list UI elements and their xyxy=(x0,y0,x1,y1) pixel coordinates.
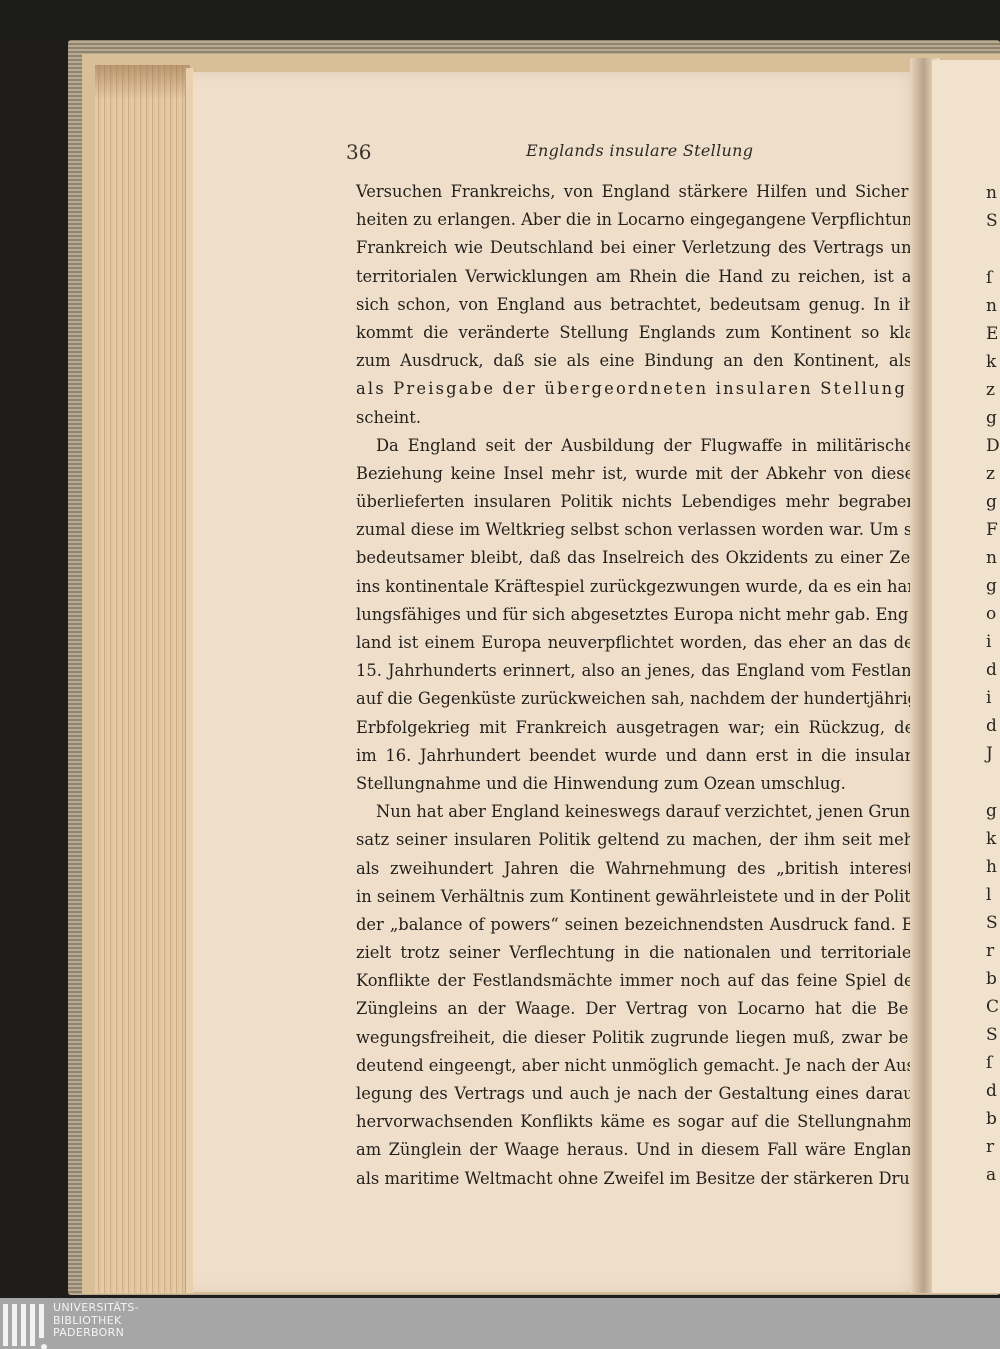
text-line: als zweihundert Jahren die Wahrnehmung d… xyxy=(356,855,922,883)
right-page-text-fragment: r xyxy=(986,943,994,960)
right-page-text-fragment: n xyxy=(986,550,997,567)
text-line: Beziehung keine Insel mehr ist, wurde mi… xyxy=(356,460,922,488)
right-page-text-fragment: b xyxy=(986,1111,997,1128)
library-logo-icon xyxy=(3,1304,45,1348)
text-line: deutend eingeengt, aber nicht unmöglich … xyxy=(356,1052,922,1080)
right-page-text-fragment: n xyxy=(986,298,997,315)
text-line: Frankreich wie Deutschland bei einer Ver… xyxy=(356,234,922,262)
text-line: kommt die veränderte Stellung Englands z… xyxy=(356,319,922,347)
text-line: Erbfolgekrieg mit Frankreich ausgetragen… xyxy=(356,714,922,742)
library-logo-text: UNIVERSITÄTS- BIBLIOTHEK PADERBORN xyxy=(53,1302,139,1340)
text-line: wegungsfreiheit, die dieser Politik zugr… xyxy=(356,1024,922,1052)
text-line: hervorwachsenden Konflikts käme es sogar… xyxy=(356,1108,922,1136)
page-edges-stack xyxy=(95,65,190,1293)
right-page-text-fragment: ſ xyxy=(986,1055,992,1072)
text-line: als maritime Weltmacht ohne Zweifel im B… xyxy=(356,1165,922,1193)
right-page-text-fragment: i xyxy=(986,634,991,651)
right-page-text-fragment: g xyxy=(986,410,997,427)
text-line: Versuchen Frankreichs, von England stärk… xyxy=(356,178,922,206)
right-page-text-fragment: z xyxy=(986,382,995,399)
scan-background xyxy=(0,0,1000,40)
logo-line-3: PADERBORN xyxy=(53,1327,139,1340)
text-line: zumal diese im Weltkrieg selbst schon ve… xyxy=(356,516,922,544)
right-page-text-fragment: d xyxy=(986,718,997,735)
right-page-text-fragment: g xyxy=(986,494,997,511)
library-footer-bar: UNIVERSITÄTS- BIBLIOTHEK PADERBORN xyxy=(0,1298,1000,1349)
text-line: Nun hat aber England keineswegs darauf v… xyxy=(356,798,922,826)
text-line: in seinem Verhältnis zum Kontinent gewäh… xyxy=(356,883,922,911)
right-page-text-fragment: b xyxy=(986,971,997,988)
text-line: heiten zu erlangen. Aber die in Locarno … xyxy=(356,206,922,234)
text-line: Konflikte der Festlandsmächte immer noch… xyxy=(356,967,922,995)
text-line: 15. Jahrhunderts erinnert, also an jenes… xyxy=(356,657,922,685)
text-line: zielt trotz seiner Verflechtung in die n… xyxy=(356,939,922,967)
right-page-text-fragment: n xyxy=(986,185,997,202)
running-head: Englands insulare Stellung xyxy=(526,141,753,160)
right-page-text-fragment: S xyxy=(986,915,998,932)
right-page-text-fragment: E xyxy=(986,326,998,343)
right-page-text-fragment: d xyxy=(986,662,997,679)
text-line: Stellungnahme und die Hinwendung zum Oze… xyxy=(356,770,922,798)
right-page-text-fragment: o xyxy=(986,606,996,623)
book-page-right-partial: nSſnEkzgDzgFngoididJgkhlSrbCSſdbra xyxy=(932,60,1000,1293)
right-page-text-fragment: k xyxy=(986,831,996,848)
text-line: legung des Vertrags und auch je nach der… xyxy=(356,1080,922,1108)
text-line: territorialen Verwicklungen am Rhein die… xyxy=(356,263,922,291)
right-page-text-fragment: ſ xyxy=(986,270,992,287)
right-page-text-fragment: S xyxy=(986,1027,998,1044)
text-line: sich schon, von England aus betrachtet, … xyxy=(356,291,922,319)
logo-line-1: UNIVERSITÄTS- xyxy=(53,1302,139,1315)
text-line: Züngleins an der Waage. Der Vertrag von … xyxy=(356,995,922,1023)
right-page-text-fragment: g xyxy=(986,803,997,820)
right-page-text-fragment: l xyxy=(986,887,991,904)
right-page-text-fragment: d xyxy=(986,1083,997,1100)
text-line: überlieferten insularen Politik nichts L… xyxy=(356,488,922,516)
right-page-text-fragment: g xyxy=(986,578,997,595)
text-line: land ist einem Europa neuverpflichtet wo… xyxy=(356,629,922,657)
text-line: scheint. xyxy=(356,404,922,432)
text-line: auf die Gegenküste zurückweichen sah, na… xyxy=(356,685,922,713)
page-body-text: Versuchen Frankreichs, von England stärk… xyxy=(356,178,922,1193)
right-page-text-fragment: J xyxy=(986,746,993,763)
text-line: zum Ausdruck, daß sie als eine Bindung a… xyxy=(356,347,922,375)
right-page-text-fragment: D xyxy=(986,438,1000,455)
text-line: der „balance of powers“ seinen bezeichne… xyxy=(356,911,922,939)
text-line: ins kontinentale Kräftespiel zurückgezwu… xyxy=(356,573,922,601)
right-page-text-fragment: h xyxy=(986,859,997,876)
right-page-text-fragment: i xyxy=(986,690,991,707)
right-page-text-fragment: F xyxy=(986,522,998,539)
text-line: Da England seit der Ausbildung der Flugw… xyxy=(356,432,922,460)
text-line: lungsfähiges und für sich abgesetztes Eu… xyxy=(356,601,922,629)
text-line: bedeutsamer bleibt, daß das Inselreich d… xyxy=(356,544,922,572)
text-line: im 16. Jahrhundert beendet wurde und dan… xyxy=(356,742,922,770)
right-page-text-fragment: k xyxy=(986,354,996,371)
text-line: satz seiner insularen Politik geltend zu… xyxy=(356,826,922,854)
right-page-text-fragment: S xyxy=(986,213,998,230)
text-line: am Zünglein der Waage heraus. Und in die… xyxy=(356,1136,922,1164)
right-page-text-fragment: C xyxy=(986,999,999,1016)
right-page-text-fragment: r xyxy=(986,1139,994,1156)
right-page-text-fragment: z xyxy=(986,466,995,483)
page-number: 36 xyxy=(346,140,371,164)
right-page-text-fragment: a xyxy=(986,1167,996,1184)
text-line: als Preisgabe der übergeordneten insular… xyxy=(356,375,922,403)
